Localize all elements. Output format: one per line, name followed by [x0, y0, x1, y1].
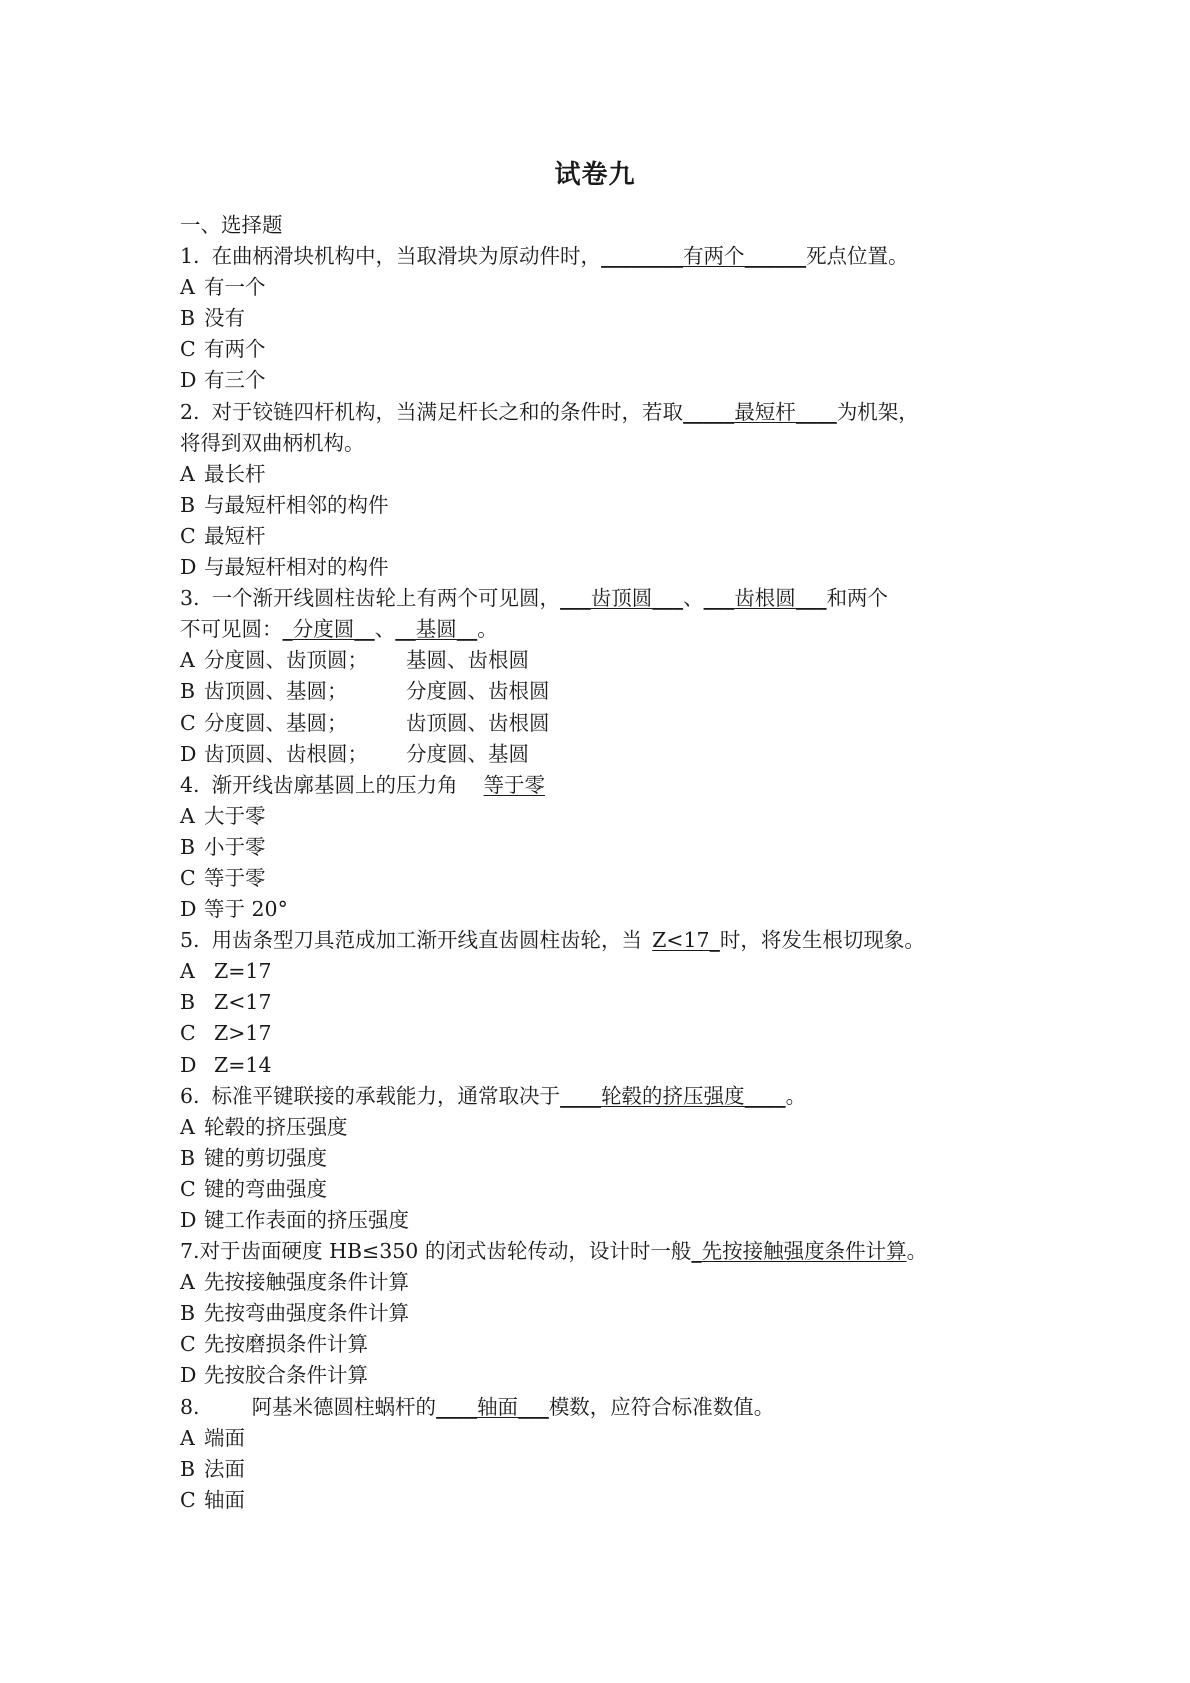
question-1-stem: 1.在曲柄滑块机构中，当取滑块为原动件时，________有两个______死点… — [180, 241, 1010, 272]
option-c: C分度圆、基圆；齿顶圆、齿根圆 — [180, 708, 1010, 739]
option-a: A有一个 — [180, 272, 1010, 303]
option-d: D有三个 — [180, 365, 1010, 396]
blank-underline: ________ — [601, 244, 683, 268]
blank-underline: ____ — [560, 1084, 601, 1108]
blank-underline: ____ — [796, 400, 837, 424]
option-letter: B — [180, 303, 204, 334]
option-text-part1: 分度圆、基圆； — [204, 708, 406, 739]
answer-blank: ____轴面___ — [436, 1395, 549, 1419]
answer-text: 基圆 — [416, 617, 457, 641]
question-text: 不可见圆： — [180, 617, 283, 641]
question-text: 在曲柄滑块机构中，当取滑块为原动件时， — [212, 244, 602, 268]
option-text-part2: 分度圆、齿根圆 — [406, 679, 550, 703]
blank-underline: ___ — [518, 1395, 549, 1419]
option-letter: B — [180, 1454, 204, 1485]
answer-blank: _分度圆__ — [283, 617, 375, 641]
option-b: B与最短杆相邻的构件 — [180, 490, 1010, 521]
option-text-part2: 分度圆、基圆 — [406, 742, 529, 766]
option-a: A端面 — [180, 1423, 1010, 1454]
question-8-stem: 8.阿基米德圆柱蜗杆的____轴面___模数，应符合标准数值。 — [180, 1392, 1010, 1423]
option-text: 小于零 — [204, 835, 266, 859]
question-text: 渐开线齿廓基圆上的压力角 — [212, 773, 458, 797]
question-text: 一个渐开线圆柱齿轮上有两个可见圆， — [212, 586, 561, 610]
option-a: A轮毂的挤压强度 — [180, 1112, 1010, 1143]
option-letter: C — [180, 1018, 214, 1049]
question-number: 8. — [180, 1395, 200, 1419]
question-4-stem: 4.渐开线齿廓基圆上的压力角等于零 — [180, 770, 1010, 801]
option-c: C有两个 — [180, 334, 1010, 365]
question-number: 7. — [180, 1239, 200, 1263]
blank-underline: _____ — [683, 400, 734, 424]
option-d: DZ=14 — [180, 1050, 1010, 1081]
answer-text: Z<17_ — [652, 928, 720, 952]
option-d: D与最短杆相对的构件 — [180, 552, 1010, 583]
question-7-stem: 7.对于齿面硬度 HB≤350 的闭式齿轮传动，设计时一般_先按接触强度条件计算… — [180, 1236, 1010, 1267]
option-letter: C — [180, 708, 204, 739]
option-a: A最长杆 — [180, 459, 1010, 490]
option-b: B键的剪切强度 — [180, 1143, 1010, 1174]
option-c: C先按磨损条件计算 — [180, 1329, 1010, 1360]
option-b: B齿顶圆、基圆；分度圆、齿根圆 — [180, 676, 1010, 707]
question-number: 1. — [180, 244, 200, 268]
option-text: 最长杆 — [204, 462, 266, 486]
answer-text: 有两个 — [683, 244, 745, 268]
question-2-stem: 2.对于铰链四杆机构，当满足杆长之和的条件时，若取_____最短杆____为机架… — [180, 397, 1010, 428]
option-text-part1: 齿顶圆、基圆； — [204, 676, 406, 707]
option-text: 等于 20° — [204, 897, 288, 921]
answer-text: 齿顶圆 — [591, 586, 653, 610]
option-d: D等于 20° — [180, 894, 1010, 925]
option-text: 先按磨损条件计算 — [204, 1332, 368, 1356]
option-text: Z<17 — [214, 990, 272, 1014]
answer-text: 等于零 — [484, 773, 546, 797]
answer-blank: ___齿顶圆___ — [560, 586, 683, 610]
option-b: B先按弯曲强度条件计算 — [180, 1298, 1010, 1329]
option-letter: A — [180, 1267, 204, 1298]
blank-underline: ___ — [560, 586, 591, 610]
answer-text: 最短杆 — [734, 400, 796, 424]
option-text-part1: 分度圆、齿顶圆； — [204, 645, 406, 676]
option-text-part2: 基圆、齿根圆 — [406, 648, 529, 672]
option-letter: C — [180, 521, 204, 552]
option-letter: C — [180, 1485, 204, 1516]
question-number: 2. — [180, 400, 200, 424]
option-text: 最短杆 — [204, 524, 266, 548]
answer-text: 齿根圆 — [734, 586, 796, 610]
option-c: C最短杆 — [180, 521, 1010, 552]
question-5-stem: 5.用齿条型刀具范成加工渐开线直齿圆柱齿轮，当Z<17_时，将发生根切现象。 — [180, 925, 1010, 956]
option-c: C等于零 — [180, 863, 1010, 894]
option-c: C键的弯曲强度 — [180, 1174, 1010, 1205]
option-letter: A — [180, 956, 214, 987]
option-text: 法面 — [204, 1457, 245, 1481]
separator: 、 — [683, 586, 704, 610]
option-c: C轴面 — [180, 1485, 1010, 1516]
question-text: 。 — [786, 1084, 807, 1108]
option-text: 先按胶合条件计算 — [204, 1363, 368, 1387]
option-a: A大于零 — [180, 801, 1010, 832]
option-letter: B — [180, 987, 214, 1018]
option-letter: A — [180, 272, 204, 303]
option-text: 先按接触强度条件计算 — [204, 1270, 409, 1294]
option-text: 键的剪切强度 — [204, 1146, 327, 1170]
blank-underline: ___ — [704, 586, 735, 610]
question-text: 阿基米德圆柱蜗杆的 — [252, 1395, 437, 1419]
option-text: 有一个 — [204, 275, 266, 299]
option-d: D键工作表面的挤压强度 — [180, 1205, 1010, 1236]
option-letter: C — [180, 863, 204, 894]
option-text: 没有 — [204, 306, 245, 330]
answer-blank: ________有两个______ — [601, 244, 806, 268]
answer-blank: ___齿根圆___ — [704, 586, 827, 610]
question-number: 5. — [180, 928, 200, 952]
option-text: Z=17 — [214, 959, 272, 983]
option-b: B没有 — [180, 303, 1010, 334]
option-letter: B — [180, 832, 204, 863]
question-text: 对于齿面硬度 HB≤350 的闭式齿轮传动，设计时一般 — [200, 1239, 692, 1263]
question-2-stem-continued: 将得到双曲柄机构。 — [180, 428, 1010, 459]
page-title: 试卷九 — [180, 158, 1010, 192]
question-text: 。 — [907, 1239, 928, 1263]
option-text: Z>17 — [214, 1021, 272, 1045]
blank-underline: ____ — [436, 1395, 477, 1419]
separator: 、 — [375, 617, 396, 641]
blank-underline: ______ — [745, 244, 807, 268]
option-text: 轮毂的挤压强度 — [204, 1115, 348, 1139]
option-letter: D — [180, 365, 204, 396]
question-number: 3. — [180, 586, 200, 610]
question-number: 4. — [180, 773, 200, 797]
option-letter: A — [180, 645, 204, 676]
option-letter: C — [180, 1329, 204, 1360]
option-letter: D — [180, 1360, 204, 1391]
option-letter: D — [180, 1205, 204, 1236]
blank-underline: ___ — [796, 586, 827, 610]
option-letter: B — [180, 1143, 204, 1174]
option-letter: B — [180, 676, 204, 707]
option-b: B法面 — [180, 1454, 1010, 1485]
option-text: 键工作表面的挤压强度 — [204, 1208, 409, 1232]
question-text: 死点位置。 — [806, 244, 909, 268]
question-text: 。 — [477, 617, 498, 641]
option-letter: D — [180, 739, 204, 770]
question-text: 对于铰链四杆机构，当满足杆长之和的条件时，若取 — [212, 400, 684, 424]
blank-underline: ____ — [745, 1084, 786, 1108]
option-letter: D — [180, 1050, 214, 1081]
option-b: BZ<17 — [180, 987, 1010, 1018]
blank-underline: _ — [283, 617, 293, 641]
option-text: 等于零 — [204, 866, 266, 890]
question-text: 标准平键联接的承载能力，通常取决于 — [212, 1084, 561, 1108]
answer-text: 轴面 — [477, 1395, 518, 1419]
option-letter: B — [180, 490, 204, 521]
option-letter: A — [180, 459, 204, 490]
answer-blank: __基圆__ — [395, 617, 477, 641]
answer-text: _先按接触强度条件计算 — [691, 1239, 906, 1263]
option-text: 大于零 — [204, 804, 266, 828]
option-text: Z=14 — [214, 1053, 272, 1077]
option-b: B小于零 — [180, 832, 1010, 863]
answer-blank: ____轮毂的挤压强度____ — [560, 1084, 786, 1108]
exam-body: 一、选择题 1.在曲柄滑块机构中，当取滑块为原动件时，________有两个__… — [180, 210, 1010, 1516]
option-text: 轴面 — [204, 1488, 245, 1512]
option-letter: C — [180, 1174, 204, 1205]
answer-text: 分度圆 — [293, 617, 355, 641]
option-text-part2: 齿顶圆、齿根圆 — [406, 711, 550, 735]
option-d: D先按胶合条件计算 — [180, 1360, 1010, 1391]
option-letter: D — [180, 552, 204, 583]
option-text: 与最短杆相邻的构件 — [204, 493, 389, 517]
blank-underline: __ — [457, 617, 478, 641]
question-text: 用齿条型刀具范成加工渐开线直齿圆柱齿轮，当 — [212, 928, 643, 952]
option-letter: A — [180, 1423, 204, 1454]
question-text: 时，将发生根切现象。 — [720, 928, 925, 952]
section-heading: 一、选择题 — [180, 210, 1010, 241]
question-6-stem: 6.标准平键联接的承载能力，通常取决于____轮毂的挤压强度____。 — [180, 1081, 1010, 1112]
question-3-stem-continued: 不可见圆：_分度圆__、__基圆__。 — [180, 614, 1010, 645]
option-text: 与最短杆相对的构件 — [204, 555, 389, 579]
question-3-stem: 3.一个渐开线圆柱齿轮上有两个可见圆，___齿顶圆___、___齿根圆___和两… — [180, 583, 1010, 614]
blank-underline: __ — [354, 617, 375, 641]
option-letter: A — [180, 1112, 204, 1143]
option-c: CZ>17 — [180, 1018, 1010, 1049]
option-text: 有三个 — [204, 368, 266, 392]
option-letter: B — [180, 1298, 204, 1329]
question-text: 和两个 — [827, 586, 889, 610]
option-letter: D — [180, 894, 204, 925]
option-text: 端面 — [204, 1426, 245, 1450]
option-text: 先按弯曲强度条件计算 — [204, 1301, 409, 1325]
option-d: D齿顶圆、齿根圆；分度圆、基圆 — [180, 739, 1010, 770]
question-text: 为机架， — [837, 400, 919, 424]
option-letter: C — [180, 334, 204, 365]
question-text: 模数，应符合标准数值。 — [549, 1395, 775, 1419]
option-letter: A — [180, 801, 204, 832]
blank-underline: ___ — [652, 586, 683, 610]
option-text: 有两个 — [204, 337, 266, 361]
question-number: 6. — [180, 1084, 200, 1108]
option-text-part1: 齿顶圆、齿根圆； — [204, 739, 406, 770]
option-a: AZ=17 — [180, 956, 1010, 987]
option-a: A先按接触强度条件计算 — [180, 1267, 1010, 1298]
answer-blank: _____最短杆____ — [683, 400, 837, 424]
option-a: A分度圆、齿顶圆；基圆、齿根圆 — [180, 645, 1010, 676]
option-text: 键的弯曲强度 — [204, 1177, 327, 1201]
answer-text: 轮毂的挤压强度 — [601, 1084, 745, 1108]
blank-underline: __ — [395, 617, 416, 641]
